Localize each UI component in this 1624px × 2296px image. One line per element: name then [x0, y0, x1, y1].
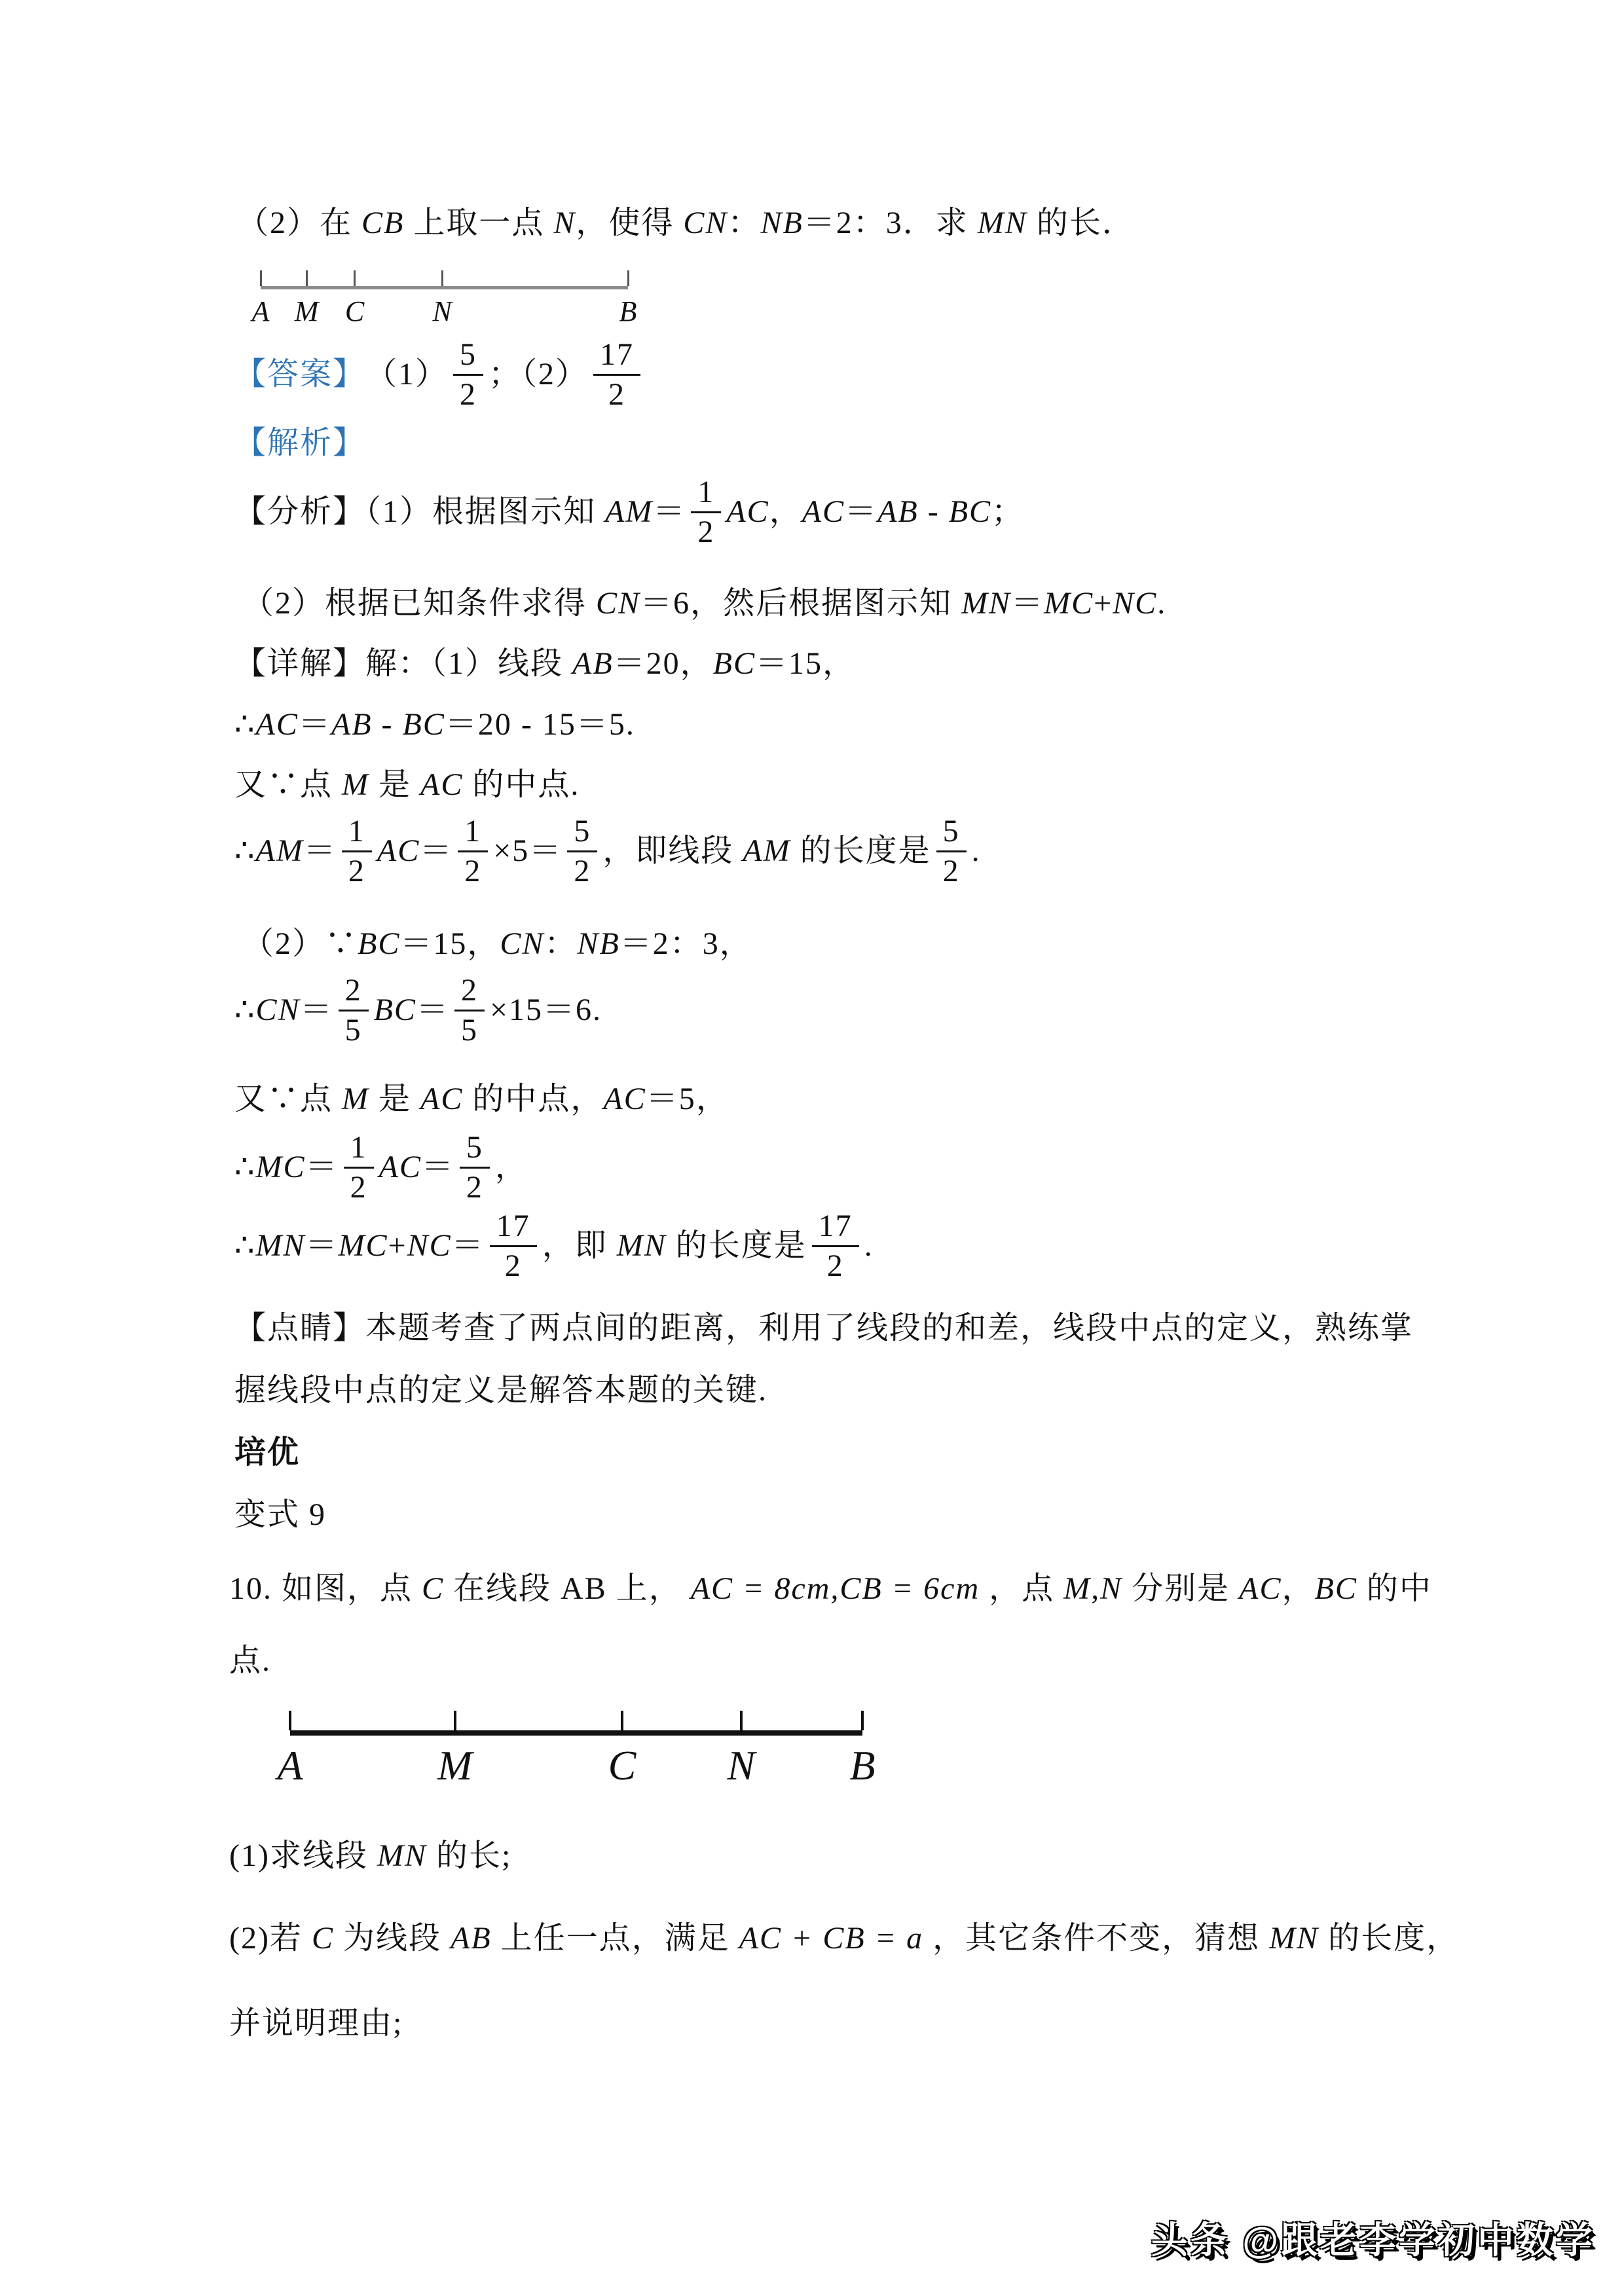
fraction-numerator: 5	[567, 814, 597, 852]
fraction-numerator: 2	[454, 974, 485, 1011]
text-run: ＝20，	[614, 646, 713, 681]
step-am: ∴AM＝12AC＝12×5＝52，即线段 AM 的长度是52.	[234, 802, 981, 900]
point-label-N: N	[432, 297, 451, 326]
text-run: -	[919, 493, 949, 531]
text-run: AB	[877, 493, 919, 531]
text-run: ，即	[542, 1227, 617, 1265]
text-run: AC	[256, 707, 299, 742]
fraction-numerator: 5	[936, 814, 967, 852]
point-label-B: B	[849, 1745, 875, 1787]
text-run: (2)若	[229, 1921, 312, 1956]
text-run: CB	[361, 206, 404, 240]
fraction-numerator: 1	[458, 814, 488, 852]
problem10-q2b: 并说明理由;	[229, 2005, 403, 2043]
step-cn: ∴CN＝25BC＝25×15＝6.	[234, 961, 602, 1059]
text-run: AC	[1239, 1571, 1282, 1606]
text-run: .	[864, 1227, 874, 1265]
problem10-q1: (1)求线段 MN 的长;	[229, 1837, 511, 1875]
text-run: ＝	[845, 493, 877, 531]
text-run: ：	[728, 206, 760, 240]
fraction-numerator: 2	[339, 974, 369, 1011]
text-run: 握线段中点的定义是解答本题的关键.	[234, 1373, 767, 1408]
fraction: 25	[454, 974, 485, 1048]
fraction-numerator: 1	[342, 814, 372, 852]
text-run: -	[373, 707, 403, 742]
dianjing-line2: 握线段中点的定义是解答本题的关键.	[234, 1372, 767, 1410]
text-run: ×5＝	[493, 832, 562, 870]
text-run: 【答案】	[234, 355, 365, 393]
fraction: 25	[339, 974, 369, 1048]
text-run: AB	[572, 646, 614, 681]
fraction-numerator: 5	[460, 1131, 490, 1169]
fraction: 172	[812, 1209, 859, 1283]
text-run: AC	[420, 1082, 463, 1116]
fraction-numerator: 17	[593, 338, 640, 376]
text-run: 【点睛】本题考查了两点间的距离，利用了线段的和差，线段中点的定义，熟练掌	[234, 1311, 1413, 1345]
text-run: 的长度是	[667, 1227, 807, 1265]
text-run: M	[342, 767, 369, 802]
text-run: ×15＝6.	[490, 991, 602, 1029]
fraction: 52	[936, 814, 967, 888]
text-run: +	[1094, 586, 1113, 621]
text-run: （1）	[365, 355, 448, 393]
text-run: MN	[1269, 1921, 1319, 1956]
text-run: ∴	[234, 1148, 256, 1186]
text-run: 变式 9	[234, 1497, 326, 1532]
text-run: ，	[1282, 1571, 1314, 1606]
text-run: MN	[617, 1227, 667, 1265]
text-run: BC	[358, 926, 400, 961]
point-label-M: M	[437, 1745, 472, 1787]
dianjing-line1: 【点睛】本题考查了两点间的距离，利用了线段的和差，线段中点的定义，熟练掌	[234, 1309, 1413, 1347]
fraction: 12	[691, 475, 721, 549]
text-run: .	[972, 832, 981, 870]
text-run: AM	[256, 832, 304, 870]
fraction: 52	[453, 338, 483, 412]
tick-mark-M	[454, 1711, 456, 1730]
text-run: MN	[961, 586, 1011, 621]
text-run: ＝	[422, 1148, 454, 1186]
text-run: ∴	[234, 1227, 256, 1265]
segment-line	[261, 286, 628, 289]
text-run: ，点	[980, 1571, 1063, 1606]
text-run: 并说明理由;	[229, 2006, 403, 2041]
fenxi-line2: （2）根据已知条件求得 CN＝6，然后根据图示知 MN＝MC+NC.	[242, 585, 1166, 623]
text-run: ＝	[301, 991, 333, 1029]
text-run: ，即线段	[602, 832, 743, 870]
text-run: (1)求线段	[229, 1838, 377, 1873]
text-run: CN	[500, 926, 544, 961]
fraction-denominator: 5	[461, 1011, 478, 1048]
text-run: M	[342, 1082, 369, 1116]
text-run: AC = 8cm,CB = 6cm	[691, 1571, 980, 1606]
text-run: ＝	[1011, 586, 1044, 621]
text-run: （2）在	[237, 206, 361, 240]
text-run: AC	[377, 832, 420, 870]
text-run: 上任一点，满足	[492, 1921, 739, 1956]
fraction: 172	[593, 338, 640, 412]
text-run: 又∵点	[234, 767, 342, 802]
text-run: +	[388, 1227, 407, 1265]
text-run: BC	[949, 493, 991, 531]
text-run: 的长;	[427, 1838, 511, 1873]
text-run: CN	[596, 586, 640, 621]
step-mn: ∴MN＝MC+NC＝172，即 MN 的长度是172.	[234, 1197, 874, 1295]
fraction-numerator: 17	[490, 1209, 537, 1247]
watermark: 头条 @跟老李学初中数学	[1151, 2212, 1595, 2264]
text-run: ＝5，	[646, 1082, 729, 1116]
text-run: 【分析】（1）根据图示知	[234, 493, 605, 531]
tick-mark-C	[621, 1711, 623, 1730]
text-run: ＝	[416, 991, 449, 1029]
fraction: 52	[460, 1131, 490, 1205]
answer-line: 【答案】（1）52；（2）172	[234, 325, 646, 424]
fraction: 12	[342, 814, 372, 888]
tick-mark-M	[306, 270, 308, 286]
text-run: 的长．	[1027, 206, 1135, 240]
text-run: ，	[495, 1148, 528, 1186]
text-run: .	[1157, 586, 1166, 621]
text-run: C	[422, 1571, 444, 1606]
text-run: ；	[991, 493, 1024, 531]
text-run: 分别是	[1122, 1571, 1239, 1606]
text-run: C	[312, 1921, 334, 1956]
text-run: 是	[369, 767, 420, 802]
text-run: ＝6，然后根据图示知	[640, 586, 961, 621]
point-label-N: N	[727, 1745, 755, 1787]
segment-diagram-2: AMCNB	[290, 1711, 862, 1793]
text-run: CN	[256, 991, 301, 1029]
fraction: 12	[458, 814, 488, 888]
tick-mark-A	[260, 270, 262, 286]
text-run: 的长度是	[791, 832, 931, 870]
text-run: MN	[377, 1838, 427, 1873]
point-label-C: C	[608, 1745, 637, 1787]
text-run: ∴	[234, 707, 256, 742]
text-run: 的中	[1357, 1571, 1432, 1606]
text-run: ＝	[304, 832, 337, 870]
text-run: ：	[544, 926, 577, 961]
text-run: AC	[726, 493, 769, 531]
text-run: MN	[256, 1227, 306, 1265]
fraction-denominator: 5	[345, 1011, 362, 1048]
text-run: NB	[760, 206, 803, 240]
text-run: AC	[379, 1148, 422, 1186]
text-run: BC	[713, 646, 756, 681]
text-run: ，	[769, 493, 802, 531]
text-run: NB	[577, 926, 619, 961]
text-run: ＝20 - 15＝5.	[445, 707, 635, 742]
fraction-numerator: 1	[691, 475, 721, 513]
text-run: N	[553, 206, 576, 240]
step-ac: ∴AC＝AB - BC＝20 - 15＝5.	[234, 706, 635, 744]
text-run: ＝	[306, 1148, 339, 1186]
text-run: ＝	[452, 1227, 485, 1265]
fraction-denominator: 2	[574, 852, 591, 888]
fraction-denominator: 2	[505, 1247, 522, 1283]
fraction-denominator: 2	[348, 852, 365, 888]
step-m-midpoint: 又∵点 M 是 AC 的中点.	[234, 766, 580, 804]
text-run: ，使得	[576, 206, 683, 240]
text-run: MC	[339, 1227, 388, 1265]
problem9-part2: （2）在 CB 上取一点 N，使得 CN：NB＝2：3．求 MN 的长．	[237, 204, 1135, 242]
fraction-denominator: 2	[460, 376, 477, 412]
text-run: 在线段 AB 上，	[444, 1571, 691, 1606]
xiangjie-line: 【详解】解：（1）线段 AB＝20，BC＝15，	[234, 645, 855, 683]
text-run: MN	[978, 206, 1027, 240]
tick-mark-N	[740, 1711, 743, 1730]
tick-mark-N	[441, 270, 443, 286]
text-run: ；（2）	[489, 355, 588, 393]
point-label-B: B	[619, 297, 637, 326]
point-label-A: A	[277, 1745, 303, 1787]
segment-line	[290, 1730, 862, 1736]
text-run: AM	[605, 493, 653, 531]
text-run: BC	[403, 707, 445, 742]
step2-given: （2）∵BC＝15，CN：NB＝2：3，	[242, 925, 752, 963]
fraction-denominator: 2	[943, 852, 960, 888]
text-run: BC	[374, 991, 416, 1029]
text-run: AC	[802, 493, 845, 531]
fraction-numerator: 1	[344, 1131, 374, 1169]
text-run: M,N	[1063, 1571, 1122, 1606]
fenxi-line: 【分析】（1）根据图示知 AM＝12AC，AC＝AB - BC；	[234, 463, 1024, 561]
text-run: ＝	[306, 1227, 339, 1265]
fraction-denominator: 2	[464, 852, 481, 888]
text-run: ＝	[653, 493, 686, 531]
peiyou-heading: 培优	[234, 1434, 300, 1472]
text-run: 的中点.	[463, 767, 580, 802]
text-run: 的长度，	[1319, 1921, 1459, 1956]
problem10-q2: (2)若 C 为线段 AB 上任一点，满足 AC + CB = a ，其它条件不…	[229, 1920, 1459, 1958]
text-run: 的中点，	[463, 1082, 603, 1116]
text-run: 培优	[234, 1435, 300, 1470]
text-run: AB	[331, 707, 373, 742]
fraction-denominator: 2	[608, 376, 625, 412]
bianshi-heading: 变式 9	[234, 1496, 326, 1534]
text-run: （2）根据已知条件求得	[242, 586, 596, 621]
tick-mark-A	[289, 1711, 291, 1730]
text-run: NC	[1113, 586, 1157, 621]
problem10-line2: 点.	[229, 1642, 271, 1680]
text-run: ∴	[234, 991, 256, 1029]
text-run: ＝15，	[400, 926, 500, 961]
point-label-M: M	[295, 297, 319, 326]
text-run: 又∵点	[234, 1082, 342, 1116]
fraction: 12	[344, 1131, 374, 1205]
text-run: MC	[1044, 586, 1094, 621]
text-run: NC	[407, 1227, 452, 1265]
text-run: MC	[256, 1148, 306, 1186]
fraction: 52	[567, 814, 597, 888]
text-run: ，其它条件不变，猜想	[923, 1921, 1269, 1956]
text-run: 10. 如图，点	[229, 1571, 422, 1606]
text-run: 上取一点	[404, 206, 553, 240]
problem10-line1: 10. 如图，点 C 在线段 AB 上， AC = 8cm,CB = 6cm ，…	[229, 1570, 1432, 1608]
text-run: ∴	[234, 832, 256, 870]
text-run: CN	[683, 206, 728, 240]
text-run: （2）∵	[242, 926, 358, 961]
tick-mark-C	[354, 270, 356, 286]
tick-mark-B	[861, 1711, 864, 1730]
fraction-denominator: 2	[697, 513, 714, 549]
text-run: BC	[1315, 1571, 1357, 1606]
point-label-A: A	[252, 297, 270, 326]
text-run: 为线段	[334, 1921, 451, 1956]
segment-diagram-1: AMCNB	[261, 270, 628, 333]
text-run: 【详解】解：（1）线段	[234, 646, 572, 681]
fraction: 172	[490, 1209, 537, 1283]
fraction-numerator: 5	[453, 338, 483, 376]
text-run: ＝	[420, 832, 452, 870]
point-label-C: C	[345, 297, 364, 326]
text-run: AM	[743, 832, 790, 870]
text-run: ＝15，	[756, 646, 855, 681]
text-run: AC	[420, 767, 463, 802]
page: （2）在 CB 上取一点 N，使得 CN：NB＝2：3．求 MN 的长．【答案】…	[0, 0, 1624, 2296]
text-run: AB	[451, 1921, 492, 1956]
tick-mark-B	[627, 270, 629, 286]
text-run: 点.	[229, 1643, 271, 1678]
jiexi-tag: 【解析】	[234, 424, 365, 462]
text-run: AC + CB = a	[739, 1921, 923, 1956]
step-m-midpoint2: 又∵点 M 是 AC 的中点，AC＝5，	[234, 1080, 729, 1118]
text-run: ＝	[299, 707, 331, 742]
text-run: AC	[603, 1082, 646, 1116]
text-run: ＝2：3．求	[803, 206, 978, 240]
fraction-numerator: 17	[812, 1209, 859, 1247]
fraction-denominator: 2	[827, 1247, 844, 1283]
text-run: 是	[369, 1082, 420, 1116]
text-run: ＝2：3，	[620, 926, 752, 961]
text-run: 【解析】	[234, 426, 365, 460]
